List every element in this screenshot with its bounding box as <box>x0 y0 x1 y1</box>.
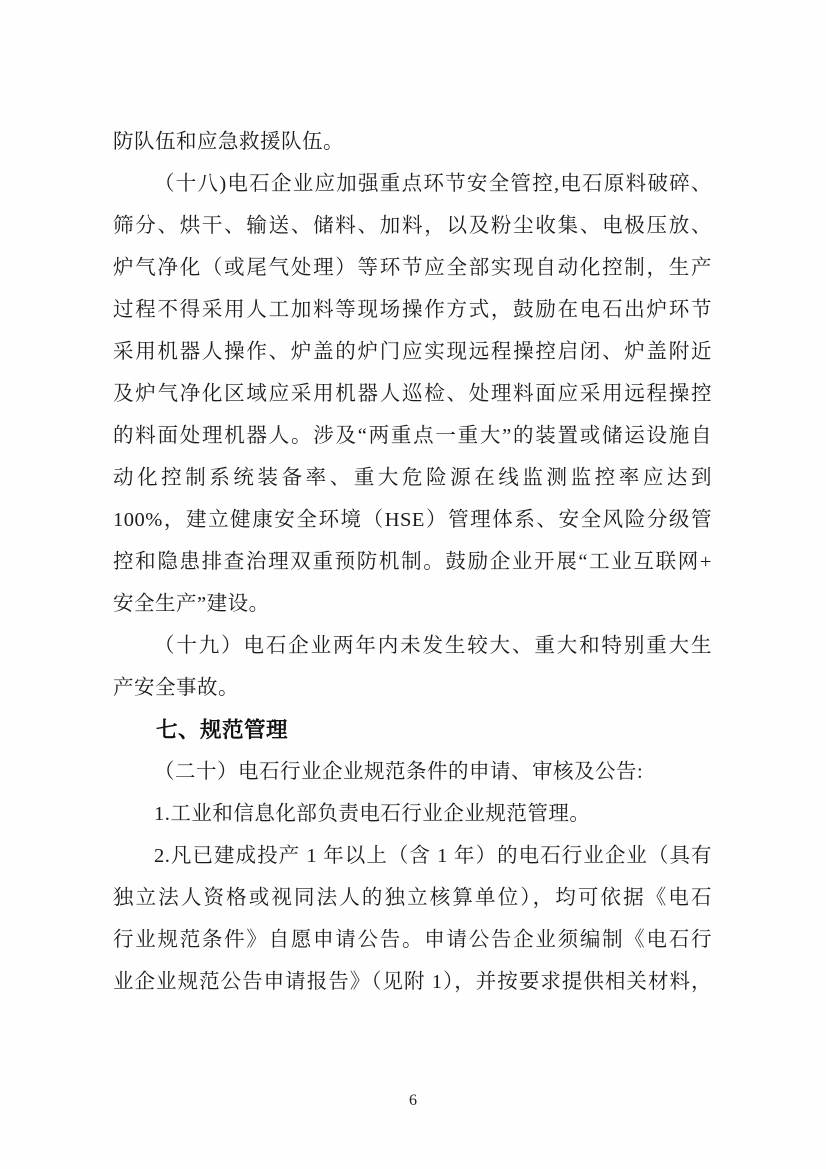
document-line: （十九）电石企业两年内未发生较大、重大和特别重大生 <box>113 625 712 667</box>
document-line: 2.凡已建成投产 1 年以上（含 1 年）的电石行业企业（具有 <box>113 835 712 877</box>
document-line: 独立法人资格或视同法人的独立核算单位），均可依据《电石 <box>113 877 712 919</box>
document-line: 安全生产”建设。 <box>113 583 712 625</box>
document-line: 过程不得采用人工加料等现场操作方式，鼓励在电石出炉环节 <box>113 289 712 331</box>
document-line: 产安全事故。 <box>113 667 712 709</box>
document-line: 动化控制系统装备率、重大危险源在线监测监控率应达到 <box>113 457 712 499</box>
page-number: 6 <box>409 1092 417 1109</box>
document-line: 防队伍和应急救援队伍。 <box>113 121 712 163</box>
document-line: （二十）电石行业企业规范条件的申请、审核及公告: <box>113 751 712 793</box>
document-line: （十八)电石企业应加强重点环节安全管控,电石原料破碎、 <box>113 163 712 205</box>
document-line: 采用机器人操作、炉盖的炉门应实现远程操控启闭、炉盖附近 <box>113 331 712 373</box>
document-line: 筛分、烘干、输送、储料、加料，以及粉尘收集、电极压放、 <box>113 205 712 247</box>
document-line: 控和隐患排查治理双重预防机制。鼓励企业开展“工业互联网+ <box>113 541 712 583</box>
page-footer: 6 <box>0 1090 826 1112</box>
document-body: 防队伍和应急救援队伍。 （十八)电石企业应加强重点环节安全管控,电石原料破碎、 … <box>113 121 712 1003</box>
document-line: 及炉气净化区域应采用机器人巡检、处理料面应采用远程操控 <box>113 373 712 415</box>
section-heading: 七、规范管理 <box>113 709 712 751</box>
document-line: 业企业规范公告申请报告》（见附 1），并按要求提供相关材料， <box>113 961 712 1003</box>
document-line: 炉气净化（或尾气处理）等环节应全部实现自动化控制，生产 <box>113 247 712 289</box>
document-line: 1.工业和信息化部负责电石行业企业规范管理。 <box>113 793 712 835</box>
document-page: 防队伍和应急救援队伍。 （十八)电石企业应加强重点环节安全管控,电石原料破碎、 … <box>0 0 826 1169</box>
document-line: 行业规范条件》自愿申请公告。申请公告企业须编制《电石行 <box>113 919 712 961</box>
document-line: 100%，建立健康安全环境（HSE）管理体系、安全风险分级管 <box>113 499 712 541</box>
document-line: 的料面处理机器人。涉及“两重点一重大”的装置或储运设施自 <box>113 415 712 457</box>
